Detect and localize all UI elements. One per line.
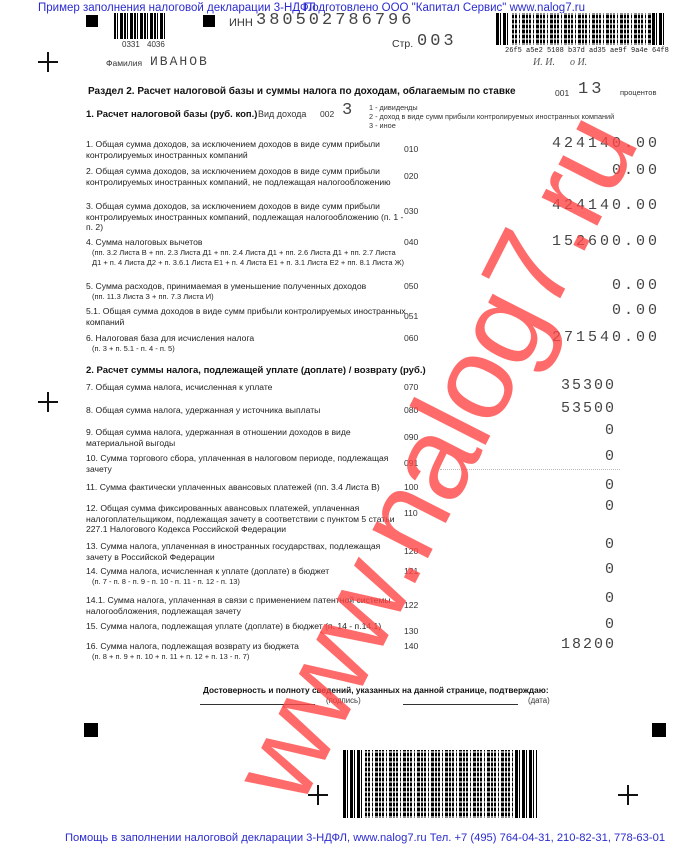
row-code: 120 [404, 546, 418, 556]
part2-title: 2. Расчет суммы налога, подлежащей уплат… [86, 365, 426, 376]
row-label-text: 5. Сумма расходов, принимаемая в уменьше… [86, 281, 366, 291]
row-value-field[interactable]: 0 [605, 536, 616, 553]
row-value-field[interactable]: 53500 [561, 400, 616, 417]
signature-line[interactable] [200, 704, 315, 705]
row-value-field[interactable]: 0 [605, 448, 616, 465]
pdf417-barcode [512, 13, 652, 45]
income-type-code: 002 [320, 109, 334, 119]
rate-code: 001 [555, 88, 569, 98]
row-value-field[interactable]: 0 [605, 477, 616, 494]
row-code: 060 [404, 333, 418, 343]
row-label-text: 8. Общая сумма налога, удержанная у исто… [86, 405, 320, 415]
pdf417-barcode-start [496, 13, 510, 45]
form-row-label: 13. Сумма налога, уплаченная в иностранн… [86, 541, 406, 562]
pdf417-barcode-end [515, 750, 537, 818]
form-row-label: 6. Налоговая база для исчисления налога(… [86, 333, 406, 354]
dotted-separator [440, 469, 620, 470]
row-label-text: 7. Общая сумма налога, исчисленная к упл… [86, 382, 272, 392]
registration-mark [86, 15, 98, 27]
form-row-label: 10. Сумма торгового сбора, уплаченная в … [86, 453, 406, 474]
row-label-text: 15. Сумма налога, подлежащая уплате (доп… [86, 621, 381, 631]
row-code: 070 [404, 382, 418, 392]
row-value-field[interactable]: 0.00 [612, 302, 660, 319]
income-type-option: 2 - доход в виде сумм прибыли контролиру… [369, 112, 614, 121]
form-row-label: 7. Общая сумма налога, исчисленная к упл… [86, 382, 406, 393]
row-label-text: 1. Общая сумма доходов, за исключением д… [86, 139, 380, 160]
row-code: 091 [404, 458, 418, 468]
row-value-field[interactable]: 0 [605, 422, 616, 439]
row-value-field[interactable]: 18200 [561, 636, 616, 653]
row-code: 020 [404, 171, 418, 181]
row-code: 100 [404, 482, 418, 492]
row-value-field[interactable]: 0 [605, 498, 616, 515]
row-code: 130 [404, 626, 418, 636]
form-row-label: 16. Сумма налога, подлежащая возврату из… [86, 641, 406, 662]
pdf417-barcode-start [343, 750, 363, 818]
footer-help-text: Помощь в заполнении налоговой декларации… [65, 832, 665, 844]
row-label-text: 2. Общая сумма доходов, за исключением д… [86, 166, 391, 187]
row-label-text: 6. Налоговая база для исчисления налога [86, 333, 254, 343]
barcode-digits-left: 0331 [122, 40, 140, 49]
row-formula: (п. 3 + п. 5.1 - п. 4 - п. 5) [86, 344, 406, 355]
form-row-label: 5. Сумма расходов, принимаемая в уменьше… [86, 281, 406, 302]
income-type-option: 3 - иное [369, 121, 614, 130]
row-value-field[interactable]: 271540.00 [552, 329, 660, 346]
row-code: 030 [404, 206, 418, 216]
hash-text: 26f5 a5e2 5108 b37d ad35 ae9f 9a4e 64f8 [505, 47, 669, 55]
row-label-text: 3. Общая сумма доходов, за исключением д… [86, 201, 403, 232]
inn-value: 380502786796 [256, 11, 414, 30]
signature-label: (подпись) [326, 696, 361, 705]
form-row-label: 8. Общая сумма налога, удержанная у исто… [86, 405, 406, 416]
income-type-option: 1 - дивиденды [369, 103, 614, 112]
row-label-text: 14. Сумма налога, исчисленная к уплате (… [86, 566, 329, 576]
row-label-text: 12. Общая сумма фиксированных авансовых … [86, 503, 395, 534]
rate-unit: процентов [620, 88, 656, 97]
row-value-field[interactable]: 35300 [561, 377, 616, 394]
registration-mark [84, 723, 98, 737]
row-label-text: 5.1. Общая сумма доходов в виде сумм при… [86, 306, 406, 327]
row-formula: (пп. 11.3 Листа З + пп. 7.3 Листа И) [86, 292, 406, 303]
form-row-label: 12. Общая сумма фиксированных авансовых … [86, 503, 406, 535]
form-row-label: 11. Сумма фактически уплаченных авансовы… [86, 482, 406, 493]
form-row-label: 3. Общая сумма доходов, за исключением д… [86, 201, 406, 233]
row-code: 050 [404, 281, 418, 291]
row-code: 121 [404, 566, 418, 576]
income-type-value: 3 [342, 101, 352, 120]
confirm-text: Достоверность и полноту сведений, указан… [203, 685, 549, 695]
form-row-label: 2. Общая сумма доходов, за исключением д… [86, 166, 406, 187]
section-title: Раздел 2. Расчет налоговой базы и суммы … [88, 86, 516, 97]
row-label-text: 4. Сумма налоговых вычетов [86, 237, 202, 247]
registration-mark [203, 15, 215, 27]
form-row-label: 9. Общая сумма налога, удержанная в отно… [86, 427, 406, 448]
linear-barcode [114, 13, 165, 39]
row-code: 051 [404, 311, 418, 321]
row-formula: (п. 7 - п. 8 - п. 9 - п. 10 - п. 11 - п.… [86, 577, 406, 588]
rate-value: 13 [578, 80, 604, 99]
row-label-text: 10. Сумма торгового сбора, уплаченная в … [86, 453, 388, 474]
surname-label: Фамилия [106, 58, 142, 68]
row-code: 090 [404, 432, 418, 442]
row-value-field[interactable]: 424140.00 [552, 135, 660, 152]
page-value: 003 [417, 32, 457, 51]
row-code: 110 [404, 508, 418, 518]
initials: И. И. о И. [533, 57, 587, 68]
row-label-text: 13. Сумма налога, уплаченная в иностранн… [86, 541, 380, 562]
row-value-field[interactable]: 0.00 [612, 162, 660, 179]
row-formula: (пп. 3.2 Листа В + пп. 2.3 Листа Д1 + пп… [86, 248, 406, 269]
form-row-label: 15. Сумма налога, подлежащая уплате (доп… [86, 621, 406, 632]
row-code: 122 [404, 600, 418, 610]
pdf417-barcode-bottom [365, 750, 515, 818]
row-label-text: 9. Общая сумма налога, удержанная в отно… [86, 427, 351, 448]
pdf417-barcode-end [652, 13, 664, 45]
row-label-text: 11. Сумма фактически уплаченных авансовы… [86, 482, 380, 492]
row-code: 080 [404, 405, 418, 415]
row-value-field[interactable]: 0 [605, 590, 616, 607]
income-type-options: 1 - дивиденды 2 - доход в виде сумм приб… [369, 103, 614, 130]
form-row-label: 5.1. Общая сумма доходов в виде сумм при… [86, 306, 406, 327]
page-label: Стр. [392, 38, 413, 50]
part1-title: 1. Расчет налоговой базы (руб. коп.) [86, 109, 257, 120]
date-label: (дата) [528, 696, 550, 705]
crosshair-mark [38, 52, 58, 72]
row-code: 140 [404, 641, 418, 651]
row-value-field[interactable]: 0 [605, 561, 616, 578]
row-formula: (п. 8 + п. 9 + п. 10 + п. 11 + п. 12 + п… [86, 652, 406, 663]
row-label-text: 14.1. Сумма налога, уплаченная в связи с… [86, 595, 391, 616]
form-row-label: 14.1. Сумма налога, уплаченная в связи с… [86, 595, 406, 616]
form-row-label: 14. Сумма налога, исчисленная к уплате (… [86, 566, 406, 587]
row-value-field[interactable]: 0.00 [612, 277, 660, 294]
row-code: 040 [404, 237, 418, 247]
income-type-label: Вид дохода [258, 109, 306, 119]
crosshair-mark [38, 392, 58, 412]
row-code: 010 [404, 144, 418, 154]
form-row-label: 1. Общая сумма доходов, за исключением д… [86, 139, 406, 160]
surname-value: ИВАНОВ [150, 54, 209, 69]
crosshair-mark [308, 785, 328, 805]
row-value-field[interactable]: 424140.00 [552, 197, 660, 214]
form-row-label: 4. Сумма налоговых вычетов(пп. 3.2 Листа… [86, 237, 406, 269]
registration-mark [652, 723, 666, 737]
inn-label: ИНН [229, 17, 253, 29]
row-value-field[interactable]: 152600.00 [552, 233, 660, 250]
crosshair-mark [618, 785, 638, 805]
date-line[interactable] [403, 704, 518, 705]
row-value-field[interactable]: 0 [605, 616, 616, 633]
row-label-text: 16. Сумма налога, подлежащая возврату из… [86, 641, 299, 651]
barcode-digits-right: 4036 [147, 40, 165, 49]
